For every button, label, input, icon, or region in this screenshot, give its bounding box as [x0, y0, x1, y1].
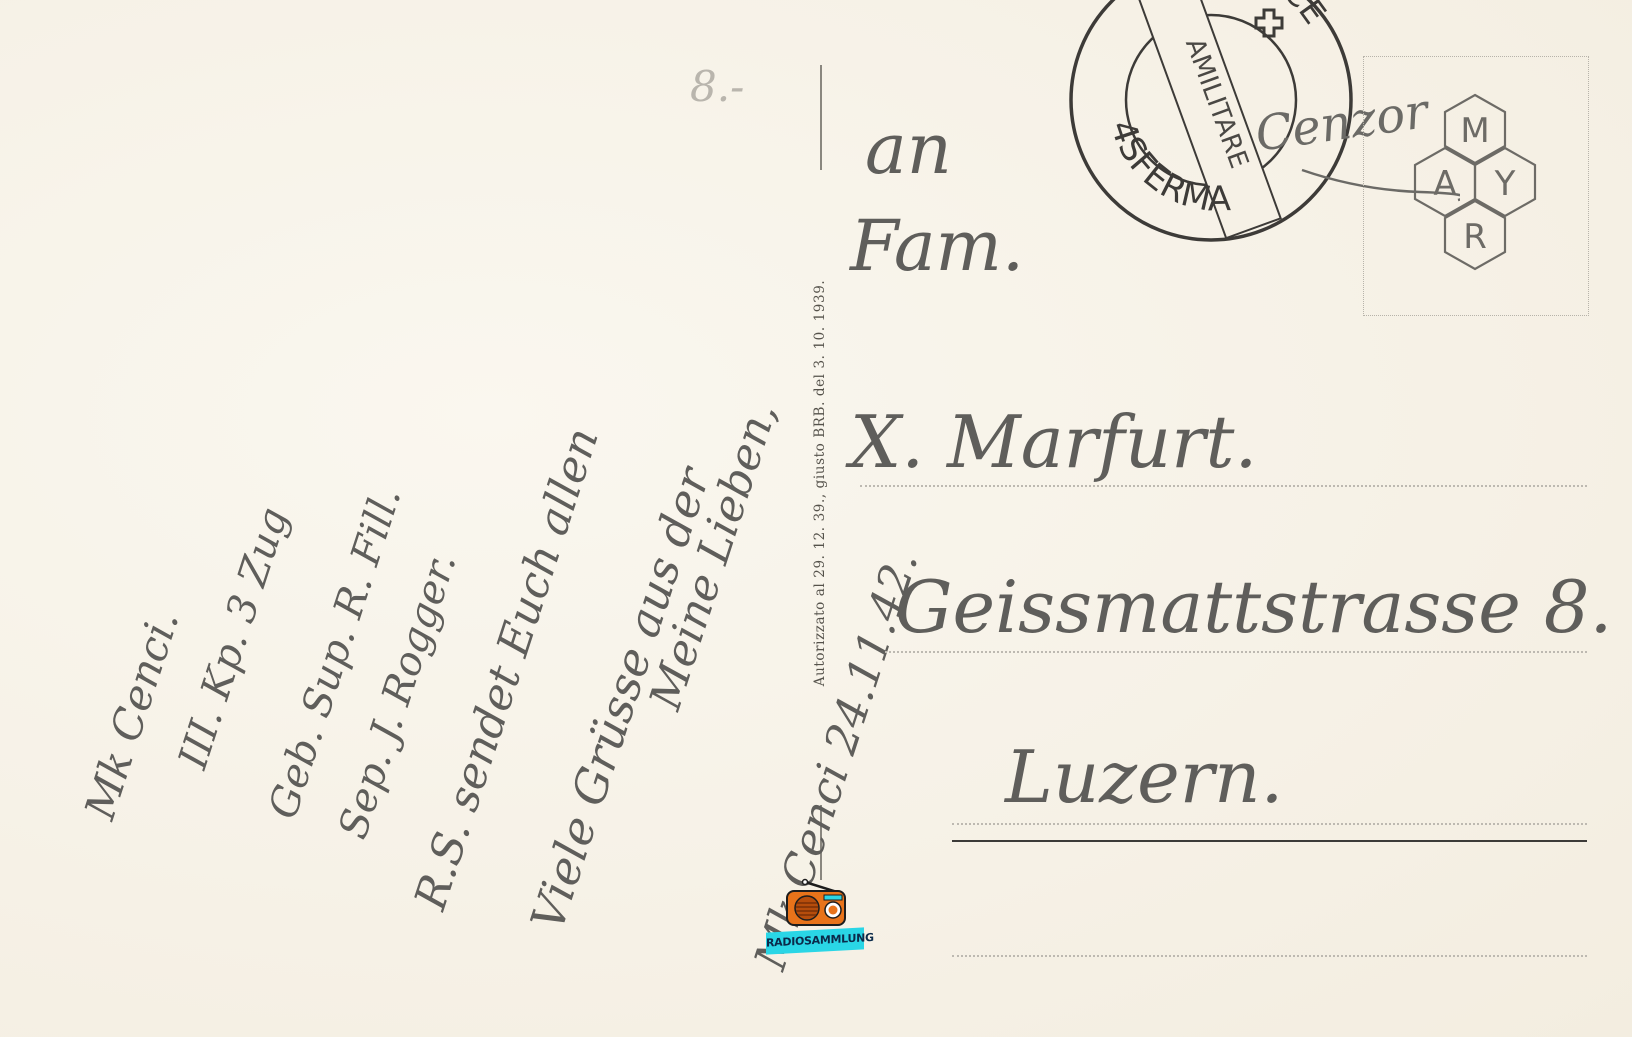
radiosammlung-watermark: RADIOSAMMLUNG	[766, 876, 866, 956]
address-dotted-line	[885, 651, 1587, 653]
address-prefix: an	[865, 108, 952, 190]
mayr-hexagon-logo: M A Y R	[1405, 90, 1545, 290]
address-dotted-line	[860, 485, 1587, 487]
address-line-3: Geissmattstrasse 8.	[895, 565, 1612, 649]
printed-authorization: Autorizzato al 29. 12. 39., giusto BRB. …	[808, 185, 832, 780]
logo-letter-a: A	[1433, 164, 1456, 204]
radio-icon	[785, 876, 849, 928]
pencil-price-mark: 8.-	[690, 62, 744, 111]
svg-text:CE: CE	[1276, 0, 1334, 31]
address-line-1: Fam.	[850, 205, 1024, 287]
address-line-2: X. Marfurt.	[850, 400, 1257, 484]
address-dotted-line	[952, 955, 1587, 957]
logo-letter-m: M	[1460, 111, 1489, 151]
address-dotted-line	[952, 823, 1587, 825]
address-line-4: Luzern.	[1005, 735, 1283, 819]
divider-line-top	[820, 65, 822, 170]
watermark-label: RADIOSAMMLUNG	[766, 927, 864, 954]
address-solid-line	[952, 840, 1587, 842]
message-line: Mk Cenci.	[75, 604, 188, 825]
message-line: III. Kp. 3 Zug	[170, 502, 298, 774]
swiss-cross-icon	[1256, 10, 1282, 36]
logo-letter-y: Y	[1494, 164, 1516, 204]
logo-letter-r: R	[1463, 217, 1487, 257]
printed-authorization-text: Autorizzato al 29. 12. 39., giusto BRB. …	[812, 279, 828, 686]
postmark-outer-text-right: CE	[1276, 0, 1334, 31]
postcard-back: 8.- Autorizzato al 29. 12. 39., giusto B…	[0, 0, 1632, 1037]
